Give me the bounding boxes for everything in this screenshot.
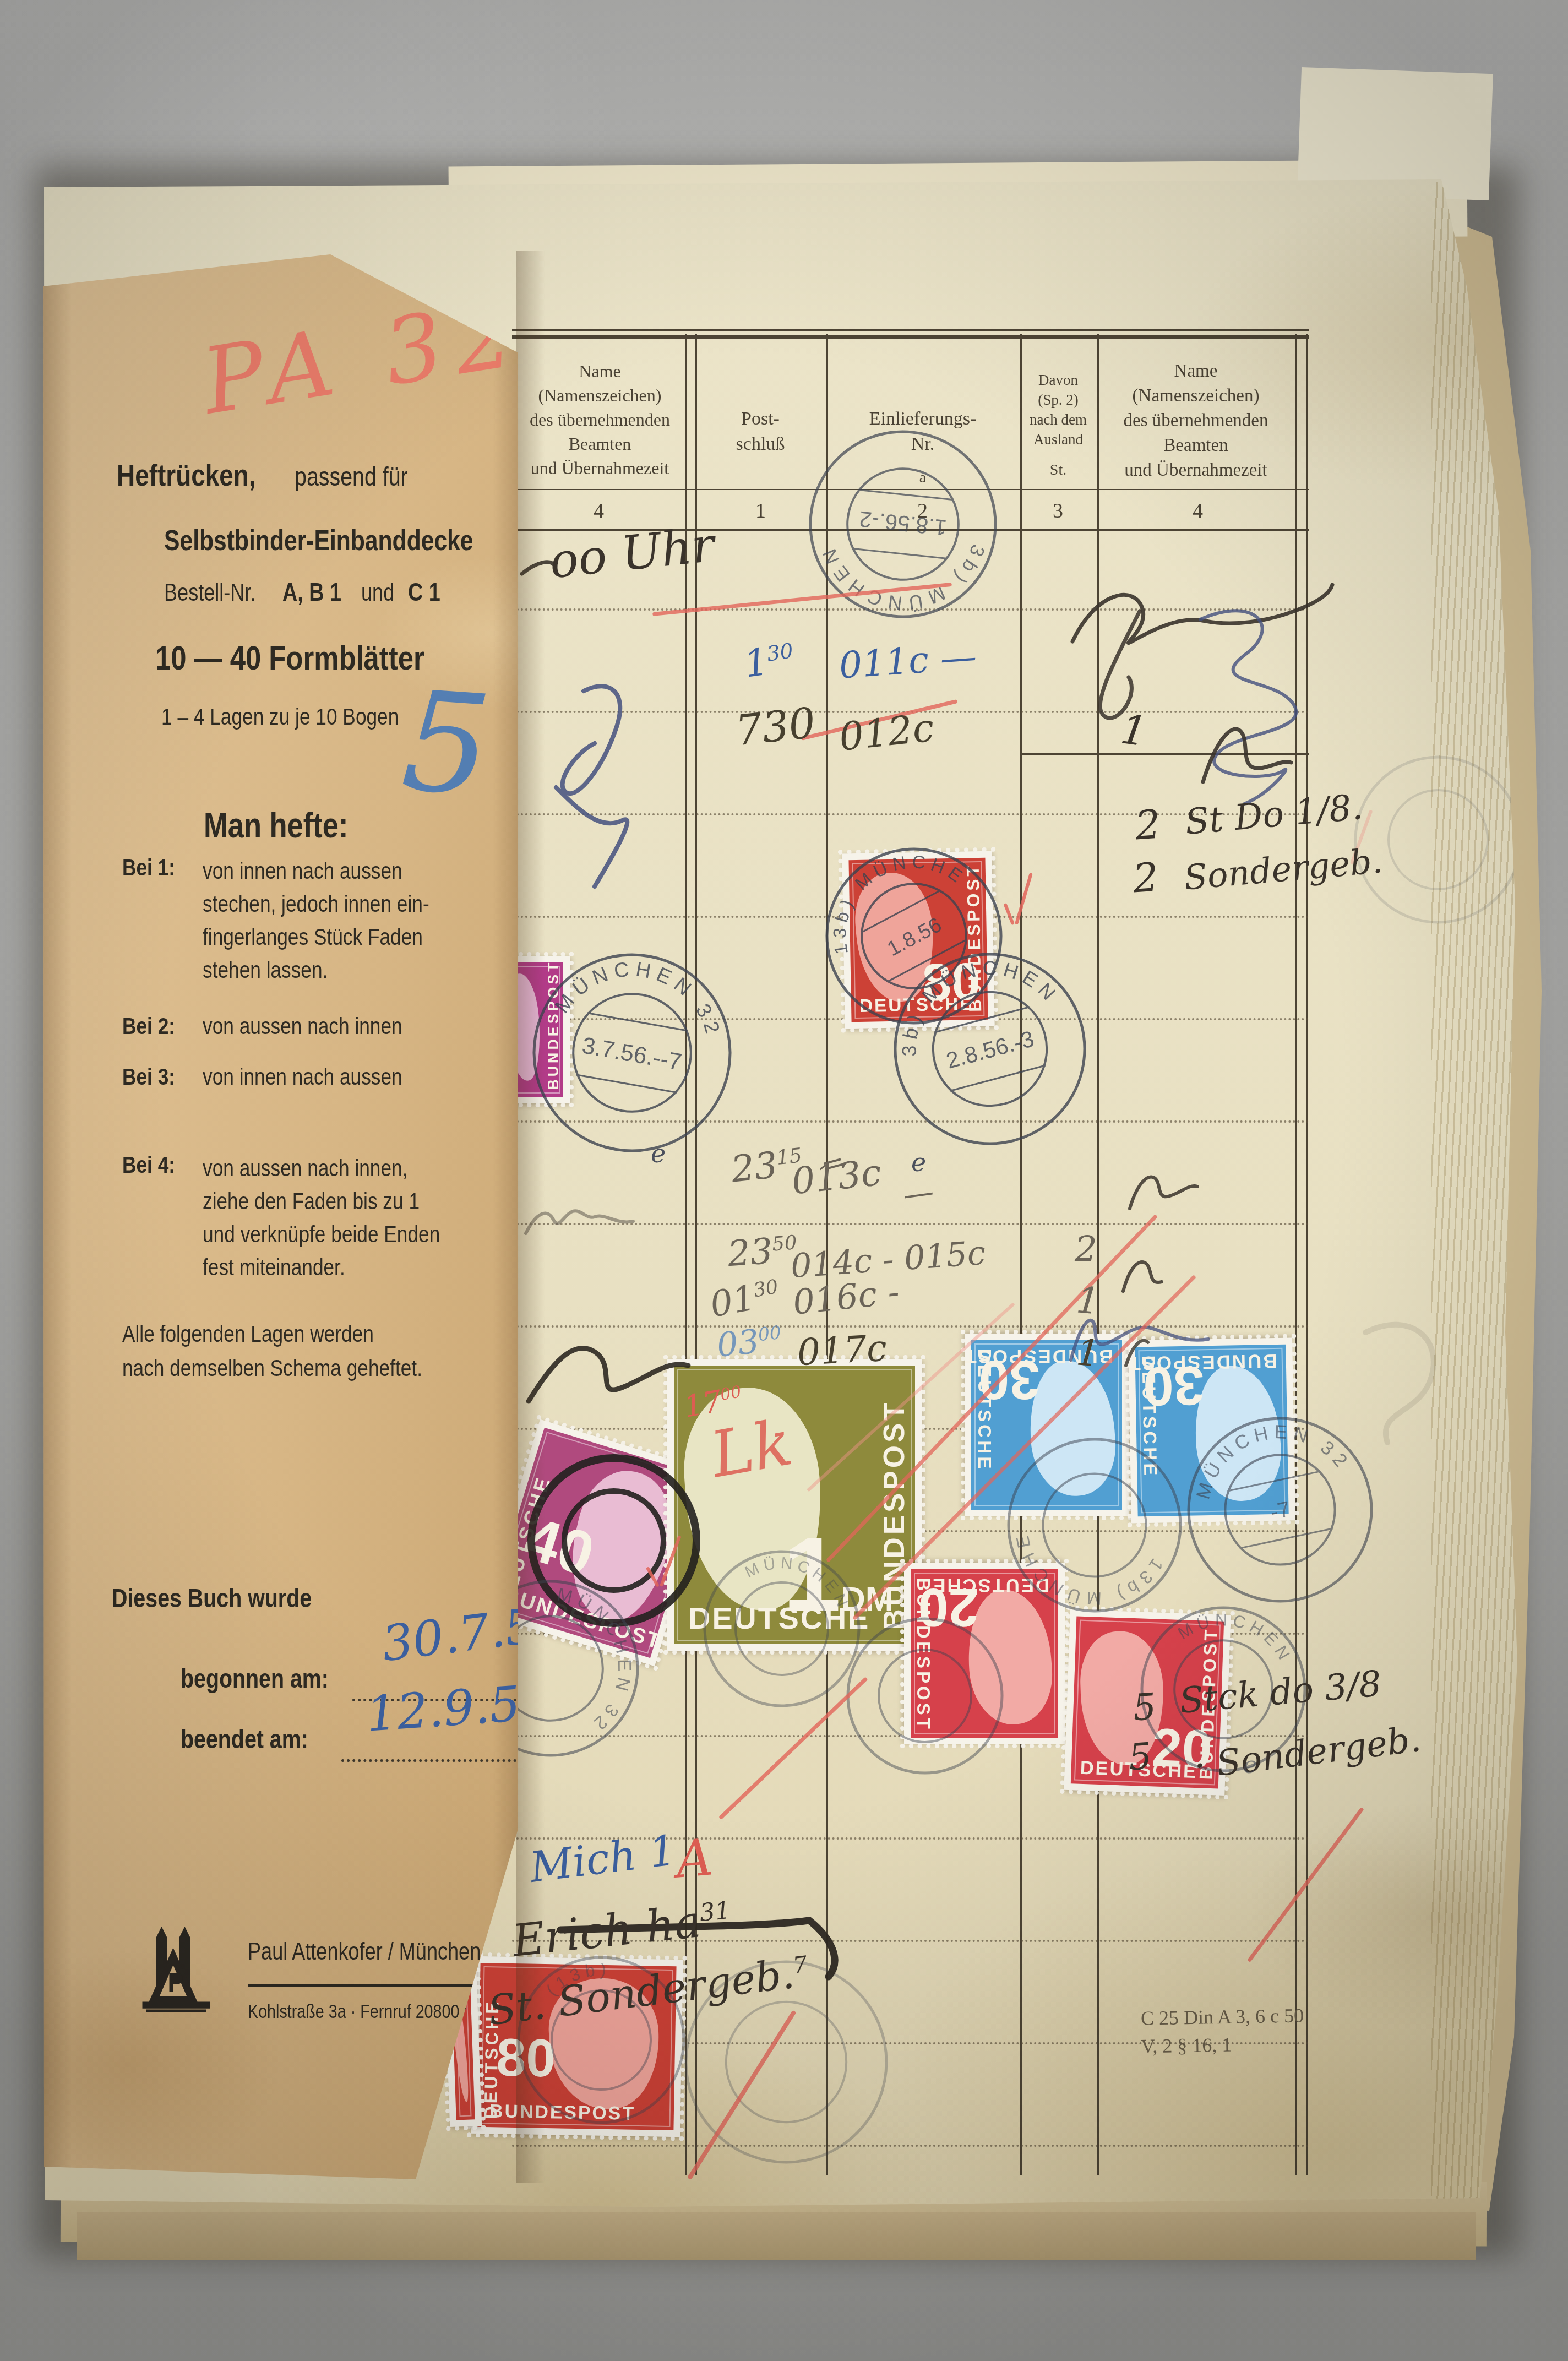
- man-hefte-heading: Man hefte:: [204, 805, 348, 846]
- handwriting-entry: 013c: [790, 1155, 883, 1200]
- flap-cast-shadow: [516, 251, 545, 2183]
- publisher-rule: [248, 1984, 490, 1987]
- handwriting-entry: Stck do 3/8: [1178, 1666, 1383, 1719]
- handwriting-entry: 011c —: [838, 638, 978, 684]
- bei4-label: Bei 4:: [122, 1152, 175, 1179]
- handwriting-entry: 0300: [715, 1323, 783, 1362]
- handwriting-entry: 012c: [837, 708, 936, 757]
- bestell-prefix: Bestell-Nr.: [164, 579, 255, 607]
- flap-formblaetter: 10 — 40 Formblätter: [155, 639, 424, 678]
- photo-background: Name (Namenszeichen) des übernehmenden B…: [0, 0, 1568, 2361]
- handwriting-entry: 2: [1134, 804, 1162, 845]
- bestell-nr-2: C 1: [408, 577, 440, 607]
- flap-title-rest: passend für: [295, 462, 408, 492]
- bei3-text: von innen nach aussen: [203, 1064, 402, 1091]
- dieses-buch: Dieses Buch wurde: [112, 1584, 312, 1614]
- alle-lagen-text: Alle folgenden Lagen werden nach demselb…: [122, 1317, 422, 1385]
- attenkofer-logo-icon: [137, 1923, 233, 2015]
- handwriting-entry: 730: [733, 702, 817, 752]
- handwriting-entry: 1: [1075, 1282, 1101, 1320]
- handwriting-entry: A: [674, 1832, 715, 1885]
- beendet-dotted-line: [341, 1759, 516, 1762]
- handwriting-entry: · Sondergeb.: [1193, 1722, 1423, 1785]
- handwriting-entry: St Do 1/8.: [1184, 790, 1364, 840]
- bei4-text: von aussen nach innen, ziehe den Faden b…: [203, 1152, 440, 1284]
- bei1-text: von innen nach aussen stechen, jedoch in…: [203, 855, 429, 987]
- begonnen-label: begonnen am:: [181, 1664, 329, 1694]
- handwriting-entry: 2: [1075, 1232, 1097, 1267]
- handwriting-entry: 1: [1075, 1334, 1101, 1372]
- sheet-stack-bottom-2: [77, 2212, 1476, 2260]
- handwriting-entry: 0130: [707, 1276, 782, 1323]
- handwriting-entry: 2350: [727, 1232, 798, 1272]
- handwriting-entry: e: [1243, 1754, 1257, 1777]
- publisher-name: Paul Attenkofer / München 5: [248, 1938, 497, 1966]
- blue-crayon-5: 5: [398, 661, 496, 826]
- flap-product: Selbstbinder-Einbanddecke: [164, 524, 473, 557]
- handwriting-entry: Sondergeb.: [1183, 844, 1384, 895]
- handwriting-entry: Mich 1: [527, 1829, 678, 1889]
- handwriting-entry: oo Uhr: [547, 521, 716, 586]
- handwriting-entry: 2: [1132, 857, 1160, 898]
- bei2-label: Bei 2:: [122, 1013, 175, 1040]
- handwriting-entry: 130: [742, 640, 797, 684]
- handwriting-entry: Lk: [706, 1411, 797, 1488]
- bestell-nr-1: A, B 1: [282, 577, 341, 607]
- handwriting-entry: 016c -: [791, 1275, 901, 1320]
- flap-title-bold: Heftrücken,: [117, 457, 256, 493]
- bei3-label: Bei 3:: [122, 1064, 175, 1091]
- flap-lagen: 1 – 4 Lagen zu je 10 Bogen: [161, 704, 399, 731]
- handwriting-entry: 1: [1118, 709, 1150, 753]
- beendet-label: beendet am:: [181, 1724, 308, 1755]
- handwriting-entry: 5: [1132, 1689, 1158, 1727]
- handwriting-entry: e: [651, 1141, 666, 1166]
- bei2-text: von aussen nach innen: [203, 1013, 402, 1040]
- handwriting-entry: 5: [1128, 1738, 1153, 1776]
- bei1-label: Bei 1:: [122, 855, 175, 882]
- handwriting-entry: 017c: [796, 1330, 888, 1371]
- handwriting-entry: e: [911, 1150, 926, 1175]
- handwriting-entry: —: [901, 1176, 935, 1211]
- bestell-mid: und: [361, 579, 394, 607]
